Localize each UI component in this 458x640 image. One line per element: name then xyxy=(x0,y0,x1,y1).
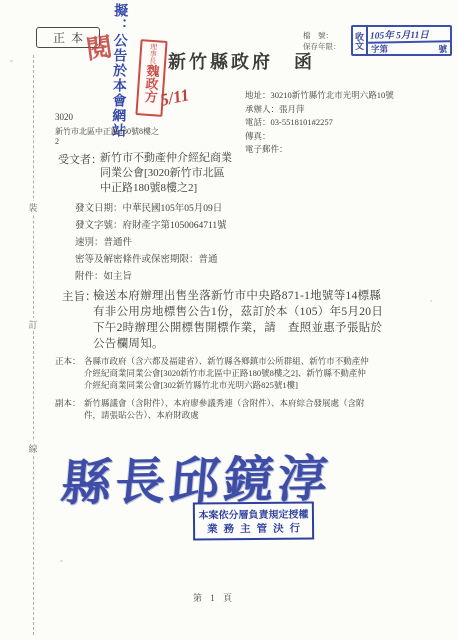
subject-line: 公告欄周知。 xyxy=(93,336,383,352)
subject-line: 檢送本府辦理出售坐落新竹市中央路871-1地號等14標縣 xyxy=(93,288,383,304)
addressee-name-line: 同業公會[3020新竹市北區 xyxy=(100,166,232,181)
priority: 速別：普通件 xyxy=(75,235,227,252)
cc-recipients-label: 副本： xyxy=(55,397,81,409)
agency-phone: 電話：03-5518101#2257 xyxy=(245,116,394,130)
addressee-address-line2: 2 xyxy=(55,137,59,146)
scanned-letter-page: 裝 訂 線 正本 新竹縣政府 函 檔 號： 保存年限： 收文 105年 5月11… xyxy=(0,0,458,640)
binding-margin-char-ding: 訂 xyxy=(26,318,40,331)
document-title: 新竹縣政府 函 xyxy=(168,48,315,74)
delegated-authority-stamp: 本案依分層負責規定授權 業務主管決行 xyxy=(193,501,314,540)
addressee-address-line1: 新竹市北區中正路180號8樓之 xyxy=(55,126,159,137)
document-metadata-block: 發文日期：中華民國105年05月09日 發文字號：府財產字第1050064711… xyxy=(75,201,227,286)
receipt-stamp-side-label: 收文 xyxy=(353,27,368,54)
original-recipients-line: 各縣市政府（含六都及福建省）、新竹縣各鄉鎮市公所群組、新竹市不動產仲 xyxy=(84,355,369,367)
original-recipients-line: 介經紀商業同業公會[302新竹縣竹北市光明六路825號1樓] xyxy=(84,379,369,391)
authority-stamp-line: 業務主管決行 xyxy=(198,521,309,537)
receipt-stamp-serial-suffix: 號 xyxy=(438,43,447,55)
issue-date: 發文日期：中華民國105年05月09日 xyxy=(75,201,227,218)
receipt-stamp-serial-prefix: 字第 xyxy=(371,43,388,55)
agency-fax: 傳真： xyxy=(245,130,394,144)
security-classification: 密等及解密條件或保密期限：普通 xyxy=(75,252,227,269)
receipt-date-stamp: 收文 105年 5月11日 字第 號 xyxy=(351,25,452,56)
cc-recipients-line: 件，請張貼公告）、本府財政處 xyxy=(84,409,365,421)
binding-margin-char-zhuang: 裝 xyxy=(26,201,40,214)
addressee-name: 新竹市不動產仲介經紀商業 同業公會[3020新竹市北區 中正路180號8樓之2] xyxy=(100,151,232,196)
binding-margin-line xyxy=(33,55,34,635)
subject-label: 主旨： xyxy=(62,288,97,304)
agency-email: 電子郵件： xyxy=(245,143,394,157)
original-recipients-list: 各縣市政府（含六都及福建省）、新竹縣各鄉鎮市公所群組、新竹市不動產仲 介經紀商業… xyxy=(84,355,369,391)
agency-contact-block: 地址：30210新竹縣竹北市光明六路10號 承辦人：張月萍 電話：03-5518… xyxy=(245,89,394,157)
issue-number: 發文字號：府財產字第1050064711號 xyxy=(75,218,227,235)
chairman-stamp-name: 魏政方 xyxy=(142,64,160,104)
handwritten-read-mark: 閱 xyxy=(84,26,115,66)
receipt-stamp-serial-row: 字第 號 xyxy=(368,43,450,55)
addressee-postal-code: 3020 xyxy=(55,112,73,122)
subject-line: 有非公用房地標售公告1份，茲訂於本（105）年5月20日 xyxy=(93,304,383,320)
page-number: 第 1 頁 xyxy=(193,591,235,604)
cc-recipients-line: 新竹縣議會（含附件）、本府廖參議秀連（含附件）、本府綜合發展處（含附 xyxy=(84,397,365,409)
addressee-label: 受文者： xyxy=(58,151,102,167)
addressee-name-line: 新竹市不動產仲介經紀商業 xyxy=(100,151,232,166)
subject-body: 檢送本府辦理出售坐落新竹市中央路871-1地號等14標縣 有非公用房地標售公告1… xyxy=(93,288,383,352)
agency-handler: 承辦人：張月萍 xyxy=(245,103,394,117)
receipt-stamp-date: 105年 5月11日 xyxy=(368,26,450,43)
scan-speck xyxy=(60,560,63,562)
file-number-label: 檔 號： xyxy=(303,30,333,41)
receipt-stamp-body: 105年 5月11日 字第 號 xyxy=(368,27,450,54)
handwritten-date-note: 5/11 xyxy=(158,85,191,111)
addressee-name-line: 中正路180號8樓之2] xyxy=(100,181,232,196)
attachment-note: 附件：如主旨 xyxy=(75,269,227,286)
authority-stamp-line: 本案依分層負責規定授權 xyxy=(198,506,309,522)
scan-speck xyxy=(10,60,13,62)
retention-period-label: 保存年限： xyxy=(303,41,341,52)
original-recipients-line: 介經紀商業同業公會[3020新竹市北區中正路180號8樓之2]、新竹縣不動產仲 xyxy=(84,367,369,379)
binding-margin-char-xian: 線 xyxy=(26,442,40,455)
scan-speck xyxy=(430,300,432,302)
subject-line: 下午2時辦理公開標售開標作業，請 查照並惠予張貼於 xyxy=(93,320,383,336)
chairman-stamp-title: 理事長 xyxy=(147,43,158,65)
original-recipients-label: 正本： xyxy=(55,355,81,367)
cc-recipients-list: 新竹縣議會（含附件）、本府廖參議秀連（含附件）、本府綜合發展處（含附 件，請張貼… xyxy=(84,397,365,421)
agency-address: 地址：30210新竹縣竹北市光明六路10號 xyxy=(245,89,394,103)
